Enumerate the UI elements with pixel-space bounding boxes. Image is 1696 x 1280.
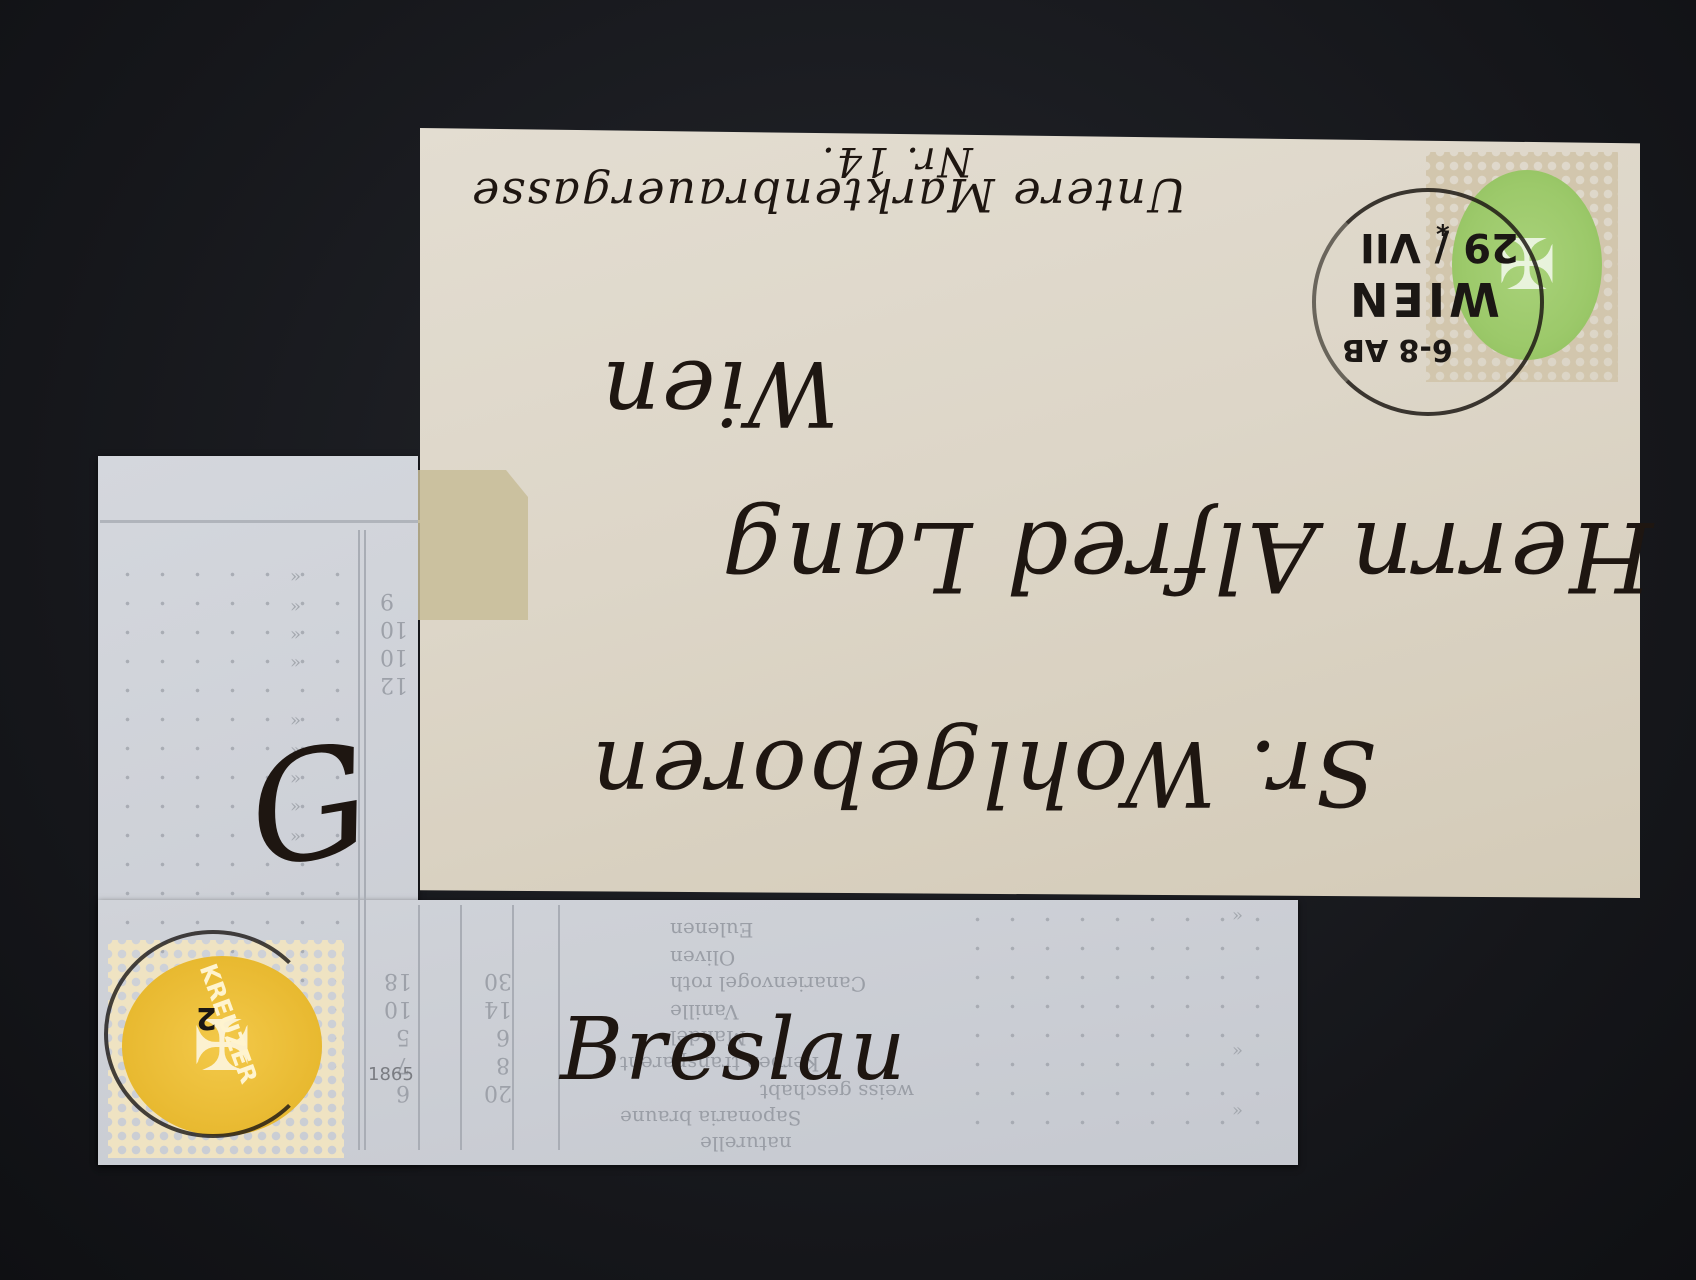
printed-number: 30 [484, 968, 512, 993]
ditto-mark: » [290, 566, 301, 587]
printed-number: 12 [380, 672, 408, 697]
address-salutation: Sr. Wohlgeboren [590, 720, 1376, 825]
printed-column-rule [460, 905, 462, 1150]
printed-item: Eulenen [670, 918, 753, 942]
pencil-note: 1865 [368, 1064, 414, 1085]
printed-number: 10 [384, 996, 412, 1021]
ditto-mark: » [290, 596, 301, 617]
printed-item: Saponaria braune [620, 1106, 801, 1130]
postmark-star: * [1436, 210, 1450, 240]
printed-item: Canarienvogel roth [670, 972, 866, 996]
ditto-mark: » [1232, 1040, 1243, 1061]
printed-number: 8 [496, 1052, 510, 1077]
address-city: Wien [600, 340, 839, 445]
printed-number: 20 [484, 1080, 512, 1105]
printed-item: naturelle [700, 1132, 792, 1156]
address-number: Nr. 14. [820, 138, 973, 184]
printed-number: 6 [496, 1024, 510, 1049]
paper-stain [418, 470, 528, 620]
postmark-date: 2 [196, 1000, 217, 1035]
printed-column-rule [512, 905, 514, 1150]
printed-column-rule [418, 905, 420, 1150]
address-name: Herrn Alfred Lang [720, 500, 1653, 612]
printed-number: 10 [380, 644, 408, 669]
handwritten-destination: Breslau [560, 1000, 908, 1100]
printed-number: 18 [384, 968, 412, 993]
printed-number: 9 [380, 588, 394, 613]
ditto-mark: » [1232, 1100, 1243, 1121]
ditto-mark: » [290, 652, 301, 673]
ditto-mark: » [290, 624, 301, 645]
ditto-mark: » [1232, 905, 1243, 926]
postmark-city: WIEN [1346, 272, 1500, 326]
printed-item: Oliven [670, 946, 735, 970]
postmark-time: 6-8 AB [1342, 332, 1453, 367]
printed-rule [100, 520, 420, 523]
printed-number: 5 [396, 1024, 410, 1049]
printed-number: 10 [380, 616, 408, 641]
printed-number: 14 [484, 996, 512, 1021]
